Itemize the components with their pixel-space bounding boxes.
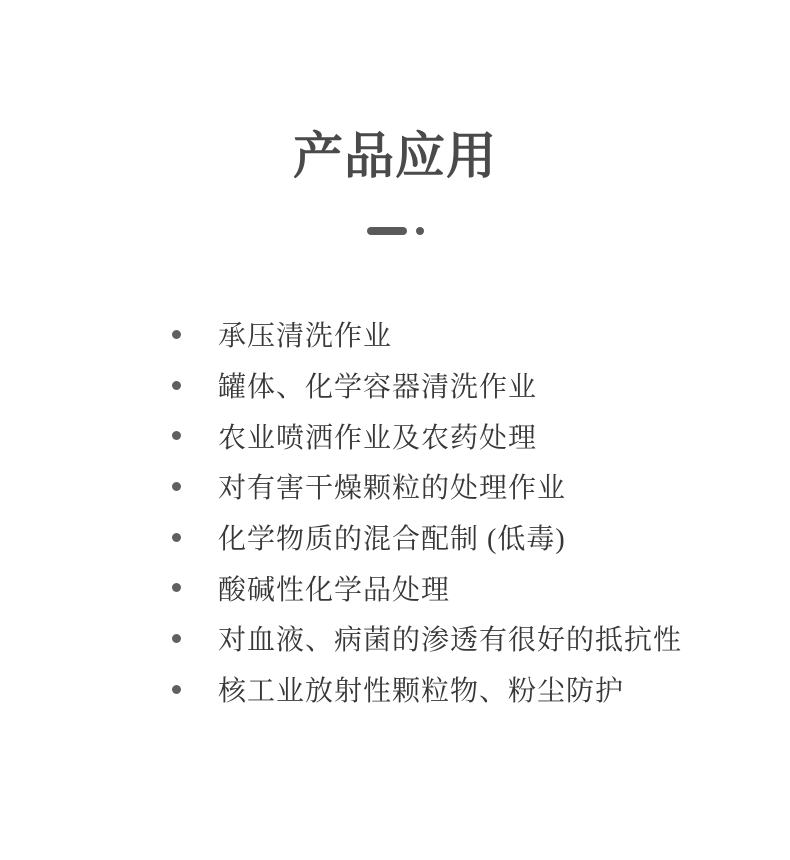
list-item-label: 农业喷洒作业及农药处理 [218, 416, 537, 456]
list-item-label: 化学物质的混合配制 (低毒) [218, 517, 566, 557]
bullet-icon [172, 533, 181, 542]
list-item-label: 对有害干燥颗粒的处理作业 [218, 466, 566, 506]
list-item: 承压清洗作业 [172, 309, 790, 360]
bullet-icon [172, 381, 181, 390]
list-item: 核工业放射性颗粒物、粉尘防护 [172, 664, 790, 715]
bullet-icon [172, 685, 181, 694]
list-item: 罐体、化学容器清洗作业 [172, 360, 790, 411]
list-item: 酸碱性化学品处理 [172, 562, 790, 613]
list-item-label: 酸碱性化学品处理 [218, 568, 450, 608]
list-item: 对血液、病菌的渗透有很好的抵抗性 [172, 613, 790, 664]
product-application-section: 产品应用 承压清洗作业 罐体、化学容器清洗作业 农业喷洒作业及农药处理 对有害干… [0, 0, 790, 860]
list-item-label: 对血液、病菌的渗透有很好的抵抗性 [218, 618, 682, 658]
list-item: 对有害干燥颗粒的处理作业 [172, 461, 790, 512]
divider-dash-icon [367, 227, 407, 235]
list-item: 农业喷洒作业及农药处理 [172, 410, 790, 461]
page-title: 产品应用 [0, 0, 790, 189]
title-divider [0, 227, 790, 235]
list-item-label: 承压清洗作业 [218, 314, 392, 354]
list-item-label: 核工业放射性颗粒物、粉尘防护 [218, 669, 624, 709]
application-list: 承压清洗作业 罐体、化学容器清洗作业 农业喷洒作业及农药处理 对有害干燥颗粒的处… [0, 309, 790, 715]
bullet-icon [172, 330, 181, 339]
list-item-label: 罐体、化学容器清洗作业 [218, 365, 537, 405]
bullet-icon [172, 482, 181, 491]
list-item: 化学物质的混合配制 (低毒) [172, 512, 790, 563]
bullet-icon [172, 583, 181, 592]
bullet-icon [172, 431, 181, 440]
divider-dot-icon [416, 227, 424, 235]
bullet-icon [172, 634, 181, 643]
